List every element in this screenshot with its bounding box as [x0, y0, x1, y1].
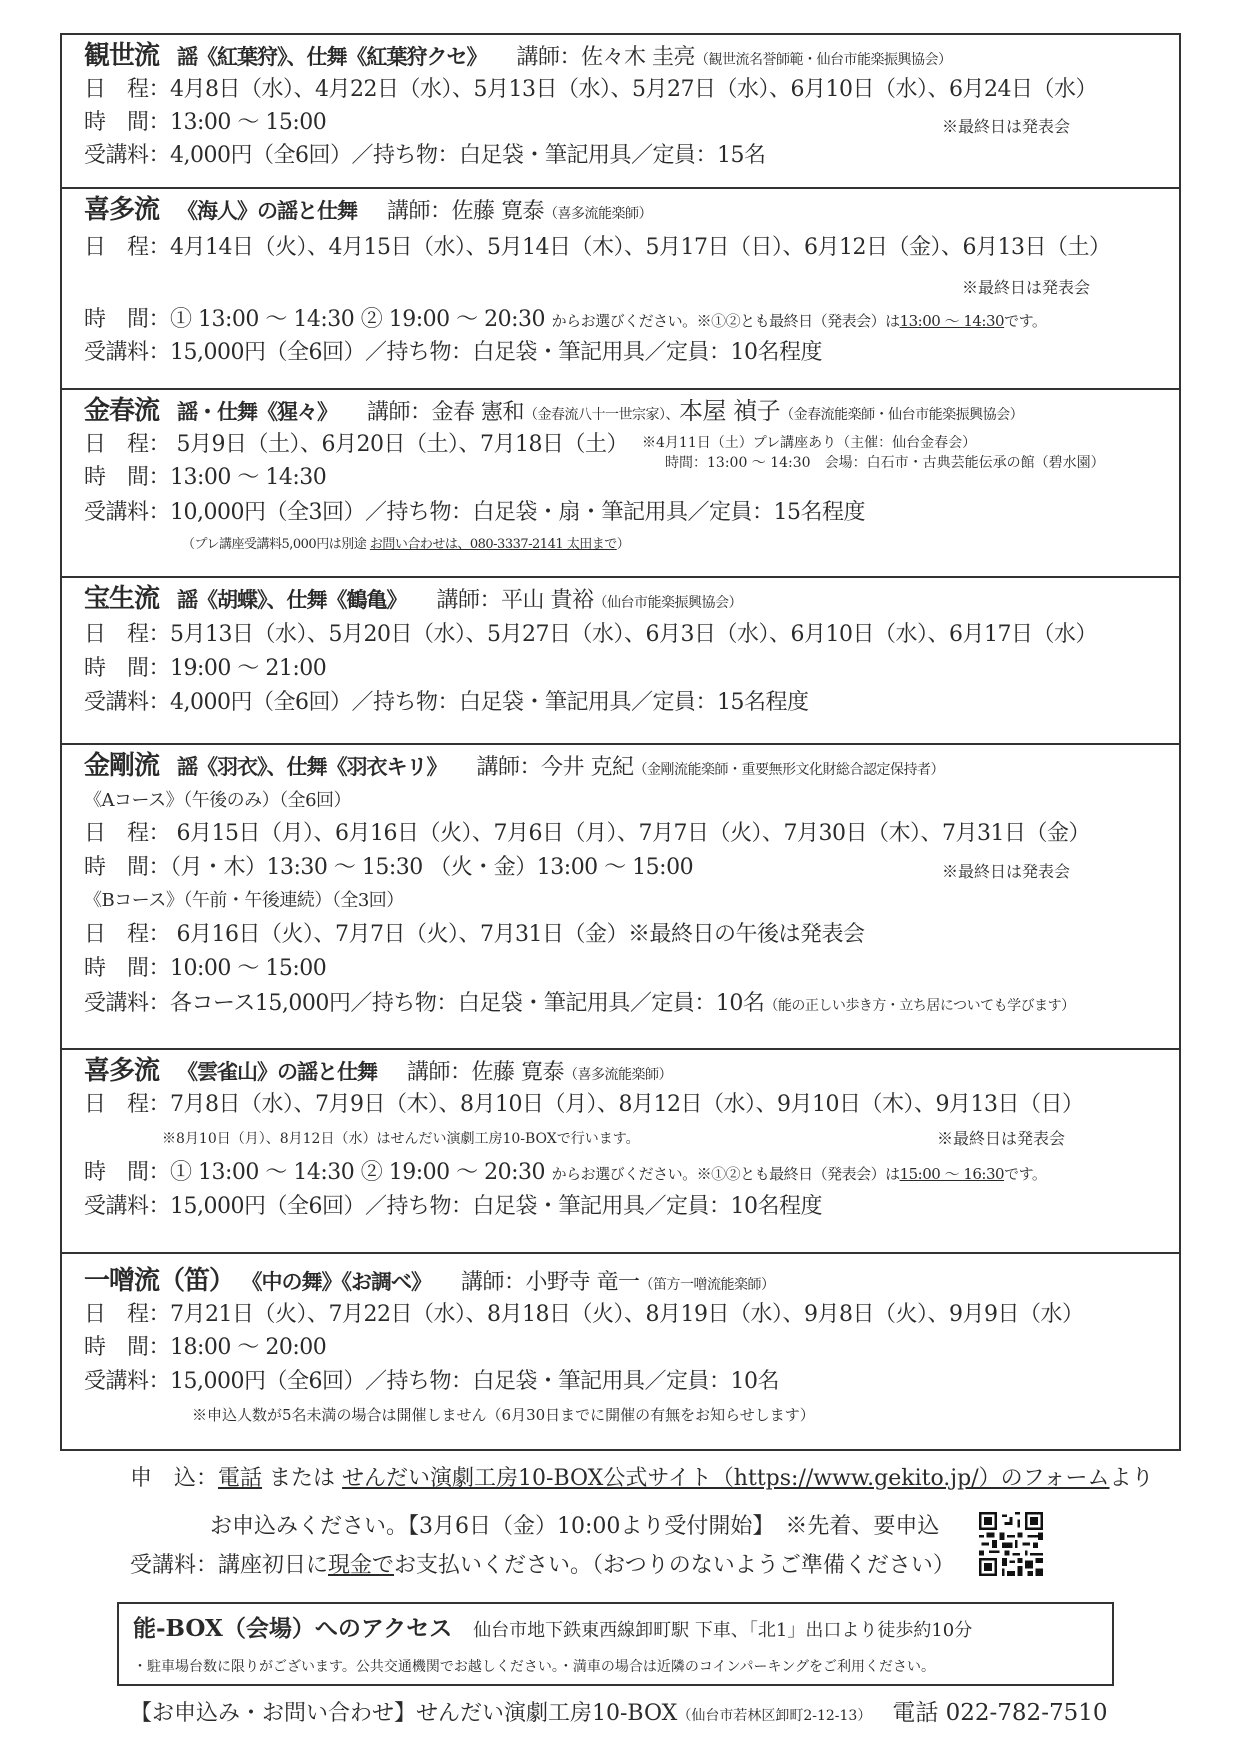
- qr-code-icon[interactable]: [979, 1512, 1043, 1576]
- piece-title: 《中の舞》《お調べ》: [252, 1270, 431, 1294]
- piece-title: 謡《羽衣》、仕舞《羽衣キリ》: [177, 755, 447, 779]
- teacher-affiliation: （喜多流能楽師）: [544, 206, 652, 222]
- time: 時 間：13:00 ～ 14:30: [84, 465, 326, 491]
- course-a-time: 時 間：（月・木）13:30 ～ 15:30 （火・金）13:00 ～ 15:0…: [84, 855, 693, 881]
- course-section-kita-ama: 喜多流《海人》の謡と仕舞講師：佐藤 寛泰（喜多流能楽師） 日 程：4月14日（火…: [62, 189, 1179, 390]
- contact-line: 【お申込み・お問い合わせ】せんだい演劇工房10-BOX（仙台市若林区卸町2-12…: [130, 1700, 1108, 1729]
- phone-link[interactable]: 電話: [218, 1466, 262, 1491]
- course-a-schedule: 日 程： 6月15日（月）、6月16日（火）、7月6日（月）、7月7日（火）、7…: [84, 821, 1090, 847]
- school-name: 観世流: [84, 41, 159, 71]
- piece-title: 謡《胡蝶》、仕舞《鶴亀》: [177, 588, 407, 612]
- teacher-affiliation: （金春流八十一世宗家）、: [524, 407, 679, 423]
- teacher-name: 講師：佐藤 寛泰: [407, 1060, 564, 1085]
- time-note-tail: です。: [1004, 312, 1046, 330]
- course-b-label: 《Bコース》（午前・午後連続）（全3回）: [84, 888, 404, 914]
- course-section-kongo: 金剛流謡《羽衣》、仕舞《羽衣キリ》講師：今井 克紀（金剛流能楽師・重要無形文化財…: [62, 745, 1179, 1050]
- fee: 受講料：各コース15,000円／持ち物：白足袋・筆記用具／定員：10名: [84, 991, 764, 1016]
- teacher-name-2: 本屋 禎子: [679, 397, 780, 425]
- fee: 受講料：15,000円（全6回）／持ち物：白足袋・筆記用具／定員：10名程度: [84, 340, 822, 366]
- schedule: 日 程：4月14日（火）、4月15日（水）、5月14日（木）、5月17日（日）、…: [84, 235, 1110, 261]
- minimum-enrollment-note: ※申込人数が5名未満の場合は開催しません（6月30日までに開催の有無をお知らせし…: [192, 1404, 815, 1425]
- final-day-note: ※最終日は発表会: [942, 859, 1070, 882]
- time: 時 間：① 13:00 ～ 14:30 ② 19:00 ～ 20:30: [84, 1160, 545, 1185]
- fee: 受講料：15,000円（全6回）／持ち物：白足袋・筆記用具／定員：10名程度: [84, 1194, 822, 1220]
- final-day-note: ※最終日は発表会: [942, 114, 1070, 137]
- school-name: 金春流: [84, 396, 159, 426]
- piece-title: 謡・仕舞《猩々》: [177, 400, 337, 424]
- schedule: 日 程：5月13日（水）、5月20日（水）、5月27日（水）、6月3日（水）、6…: [84, 622, 1097, 648]
- time: 時 間：① 13:00 ～ 14:30 ② 19:00 ～ 20:30: [84, 307, 545, 332]
- schedule: 日 程：7月8日（水）、7月9日（木）、8月10日（月）、8月12日（水）、9月…: [84, 1092, 1083, 1118]
- contact-phone[interactable]: 電話 022-782-7510: [892, 1700, 1107, 1726]
- course-b-schedule: 日 程： 6月16日（火）、7月7日（火）、7月31日（金）※最終日の午後は発表…: [84, 922, 864, 948]
- time: 時 間：13:00 ～ 15:00: [84, 110, 326, 136]
- payment-tail: お支払いください。（おつりのないようご準備ください）: [394, 1553, 955, 1578]
- access-box: 能-BOX（会場）へのアクセス 仙台市地下鉄東西線卸町駅 下車、「北1」出口より…: [117, 1602, 1114, 1686]
- schedule: 日 程： 5月9日（土）、6月20日（土）、7月18日（土）: [84, 432, 628, 458]
- venue-note: ※8月10日（月）、8月12日（水）はせんだい演劇工房10-BOXで行います。: [162, 1128, 640, 1148]
- teacher-name: 講師：金春 憲和: [367, 400, 524, 425]
- website-link[interactable]: せんだい演劇工房10-BOX公式サイト（https://www.gekito.j…: [342, 1466, 1110, 1491]
- teacher-affiliation: （仙台市能楽振興協会）: [594, 595, 743, 611]
- teacher-affiliation: （金剛流能楽師・重要無形文化財総合認定保持者）: [634, 762, 945, 778]
- contact-address: （仙台市若林区卸町2-12-13）: [677, 1708, 871, 1724]
- contact-label: 【お申込み・お問い合わせ】せんだい演劇工房10-BOX: [130, 1701, 677, 1726]
- teacher-affiliation-2: （金春流能楽師・仙台市能楽振興協会）: [780, 407, 1023, 423]
- course-section-hosho: 宝生流謡《胡蝶》、仕舞《鶴亀》講師：平山 貴裕（仙台市能楽振興協会） 日 程：5…: [62, 578, 1179, 745]
- teacher-name: 講師：小野寺 竜一: [461, 1270, 640, 1295]
- time-note: からお選びください。※①②とも最終日（発表会）は: [552, 1165, 900, 1183]
- teacher-name: 講師：佐々木 圭亮: [517, 45, 696, 70]
- time-note-tail: です。: [1004, 1165, 1046, 1183]
- course-section-kanze: 観世流謡《紅葉狩》、仕舞《紅葉狩クセ》講師：佐々木 圭亮（観世流名誉師範・仙台市…: [62, 35, 1179, 189]
- school-name: 一噌流（笛）: [84, 1266, 234, 1296]
- teacher-affiliation: （笛方一噌流能楽師）: [640, 1277, 775, 1293]
- piece-title: 《海人》の謡と仕舞: [177, 199, 357, 223]
- school-name: 喜多流: [84, 1056, 159, 1086]
- school-name: 喜多流: [84, 195, 159, 225]
- final-day-note: ※最終日は発表会: [962, 275, 1090, 298]
- teacher-name: 講師：佐藤 寛泰: [387, 199, 544, 224]
- cash-emphasis: 現金で: [328, 1553, 394, 1578]
- final-day-time: 15:00 ～ 16:30: [900, 1165, 1005, 1183]
- application-start: お申込みください。【3月6日（金）10:00より受付開始】 ※先着、要申込: [210, 1514, 939, 1540]
- piece-title: 謡《紅葉狩》、仕舞《紅葉狩クセ》: [177, 45, 487, 69]
- access-route: 仙台市地下鉄東西線卸町駅 下車、「北1」出口より徒歩約10分: [473, 1620, 972, 1641]
- fee: 受講料：4,000円（全6回）／持ち物：白足袋・筆記用具／定員：15名程度: [84, 690, 808, 716]
- pre-lecture-fee-note: （プレ講座受講料5,000円は別途: [182, 537, 366, 552]
- site-tail: より: [1110, 1466, 1154, 1491]
- or-text: または: [262, 1466, 342, 1491]
- piece-title: 《雲雀山》の謡と仕舞: [177, 1060, 377, 1084]
- fee: 受講料：4,000円（全6回）／持ち物：白足袋・筆記用具／定員：15名: [84, 143, 765, 169]
- school-name: 金剛流: [84, 751, 159, 781]
- teacher-affiliation: （観世流名誉師範・仙台市能楽振興協会）: [695, 52, 952, 68]
- schedule: 日 程：4月8日（水）、4月22日（水）、5月13日（水）、5月27日（水）、6…: [84, 77, 1097, 103]
- teacher-name: 講師：平山 貴裕: [437, 588, 594, 613]
- fee: 受講料：15,000円（全6回）／持ち物：白足袋・筆記用具／定員：10名: [84, 1369, 779, 1395]
- course-a-label: 《Aコース》（午後のみ）（全6回）: [84, 788, 351, 814]
- final-day-note: ※最終日は発表会: [937, 1126, 1065, 1149]
- application-line: 申 込：電話 または せんだい演劇工房10-BOX公式サイト（https://w…: [130, 1466, 1154, 1492]
- course-b-time: 時 間：10:00 ～ 15:00: [84, 956, 326, 982]
- parking-note: ・駐車場台数に限りがございます。公共交通機関でお越しください。・満車の場合は近隣…: [133, 1654, 935, 1680]
- pre-lecture-note: ※4月11日（土）プレ講座あり（主催：仙台金春会）: [642, 432, 976, 452]
- time: 時 間：19:00 ～ 21:00: [84, 656, 326, 682]
- payment-label: 受講料：講座初日に: [130, 1553, 328, 1578]
- application-label: 申 込：: [130, 1466, 218, 1491]
- schedule: 日 程：7月21日（火）、7月22日（水）、8月18日（火）、8月19日（水）、…: [84, 1302, 1083, 1328]
- course-section-isso: 一噌流（笛）《中の舞》《お調べ》講師：小野寺 竜一（笛方一噌流能楽師） 日 程：…: [62, 1254, 1179, 1449]
- time: 時 間：18:00 ～ 20:00: [84, 1335, 326, 1361]
- fee-note: （能の正しい歩き方・立ち居についても学びます）: [764, 998, 1074, 1014]
- course-frame: 観世流謡《紅葉狩》、仕舞《紅葉狩クセ》講師：佐々木 圭亮（観世流名誉師範・仙台市…: [60, 33, 1181, 1451]
- time-note: からお選びください。※①②とも最終日（発表会）は: [552, 312, 900, 330]
- access-title: 能-BOX（会場）へのアクセス: [133, 1615, 452, 1642]
- teacher-affiliation: （喜多流能楽師）: [564, 1067, 672, 1083]
- pre-lecture-detail: 時間：13:00 ～ 14:30 会場：白石市・古典芸能伝承の館（碧水園）: [665, 452, 1105, 472]
- course-section-kita-hibariyama: 喜多流《雲雀山》の謡と仕舞講師：佐藤 寛泰（喜多流能楽師） 日 程：7月8日（水…: [62, 1050, 1179, 1254]
- fee-note-close: ）: [617, 537, 630, 552]
- payment-note: 受講料：講座初日に現金でお支払いください。（おつりのないようご準備ください）: [130, 1553, 955, 1579]
- course-section-komparu: 金春流謡・仕舞《猩々》講師：金春 憲和（金春流八十一世宗家）、本屋 禎子（金春流…: [62, 390, 1179, 578]
- teacher-name: 講師：今井 克紀: [477, 755, 634, 780]
- inquiry-phone-link[interactable]: お問い合わせは、080-3337-2141 太田まで: [370, 537, 617, 552]
- final-day-time: 13:00 ～ 14:30: [900, 312, 1005, 330]
- fee: 受講料：10,000円（全3回）／持ち物：白足袋・扇・筆記用具／定員：15名程度: [84, 500, 865, 526]
- school-name: 宝生流: [84, 584, 159, 614]
